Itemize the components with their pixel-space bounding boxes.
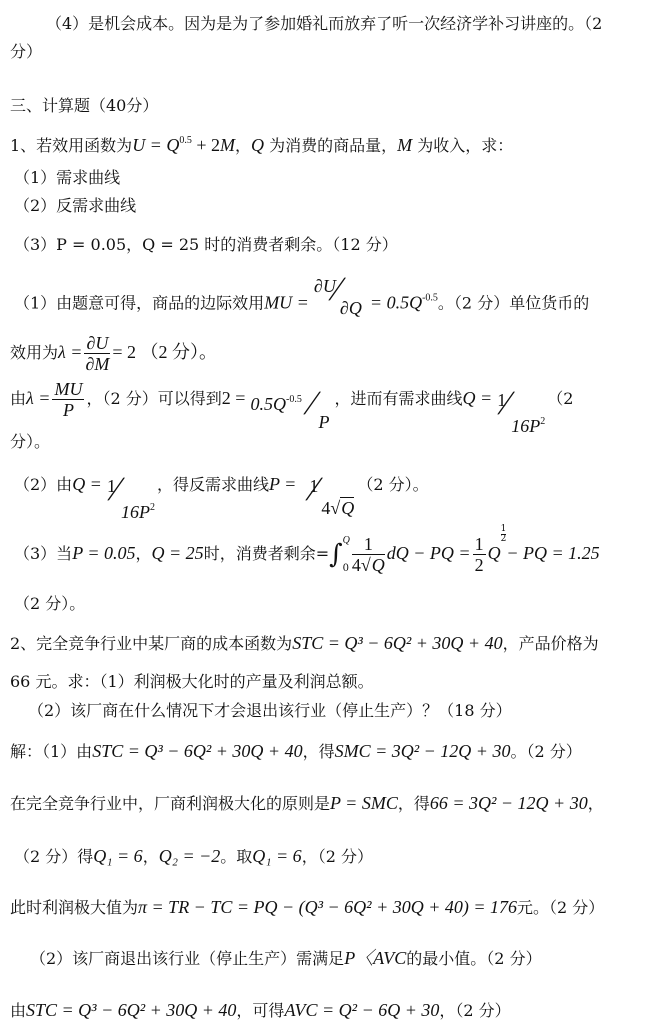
q2-solution-line-4: 此时利润极大值为π = TR − TC = PQ − (Q³ − 6Q² + 3… [10,897,604,918]
s1l3-snum-wrap: 0.5Q-0.5 [251,378,302,426]
q2s-l4-profit: π = TR − TC = PQ − (Q³ − 6Q² + 30Q + 40)… [138,897,517,917]
q1-prompt-prefix: 1、若效用函数为 [10,136,132,155]
s3-sep: ， [136,544,152,563]
q1-solution-3-points: （2 分）。 [14,594,85,614]
q2-prompt-line-1: 2、完全竞争行业中某厂商的成本函数为STC = Q³ − 6Q² + 30Q +… [10,633,599,654]
s1l2-den: ∂M [84,354,110,374]
s3-mid: 时，消费者剩余= [204,544,329,563]
q2s-l6-mid: ，可得 [236,1001,284,1020]
s1l3-num: MU [52,379,84,400]
s3-int-upper: Q [343,535,350,547]
s2-p: P = [269,474,296,494]
s1l3-q: Q = [463,388,493,408]
q2-solution-line-1: 解：（1）由STC = Q³ − 6Q² + 30Q + 40，得SMC = 3… [10,741,582,762]
q2-suffix: ，产品价格为 [503,634,599,653]
s1l3-prefix: 由 [10,389,26,408]
integral-sign: ∫ [329,540,343,570]
q1-utility-formula: U = Q0.5 + 2M [132,135,235,155]
s2-pden-4: 4 [321,498,330,518]
s3-q2: Q [488,543,501,563]
q2s-l4-prefix: 此时利润极大值为 [10,898,138,917]
q2-stc-formula: STC = Q³ − 6Q² + 30Q + 40 [292,633,502,653]
q2s-l6-stc: STC = Q³ − 6Q² + 30Q + 40 [26,1000,236,1020]
s2-pden-wrap: 4√Q [321,486,354,530]
s3-exp: 12 [501,525,507,544]
q2s-l3-prefix: （2 分）得 [14,847,93,866]
q1-comma: ， [235,136,251,155]
s1l2-num: ∂U [84,333,110,354]
q2s-l3-suffix: ，（2 分） [302,847,373,866]
s3-half-den: 2 [473,555,486,575]
section-title: 三、计算题（40分） [10,96,158,116]
q2-prompt-line-2: 66 元。求：（1）利润极大化时的产量及利润总额。 [10,672,374,692]
q2s-l3-sep: ， [143,847,159,866]
s3-int-bounds: Q0 [343,535,350,575]
q2-solution-line-3: （2 分）得Q₁ = 6，Q₂ = −2。取Q₁ = 6，（2 分） [14,846,373,867]
q2s-l2-suffix: ， [588,794,604,813]
q2s-l2-prefix: 在完全竞争行业中，厂商利润极大化的原则是 [10,794,330,813]
s3-p: P = 0.05 [72,543,135,563]
q1-solution-2: （2）由Q = 1 / 16P2 ，得反需求曲线P = 1 / 4√Q （2 分… [14,462,429,508]
q2s-l3-mid: 。取 [220,847,252,866]
q2s-l1-smc: SMC = 3Q² − 12Q + 30 [335,741,511,761]
s1l3-suffix: （2 [547,389,573,408]
s2-suffix: （2 分）。 [357,475,428,494]
s1l3-lambda: λ = [26,388,50,408]
q1-part-3: （3）P = 0.05，Q = 25 时的消费者剩余。（12 分） [14,235,398,255]
s3-den-q: Q [371,554,385,575]
s1l3-qden-wrap: 16P2 [511,400,545,448]
s1l3-sden: P [319,400,330,444]
q2-prefix: 2、完全竞争行业中某厂商的成本函数为 [10,634,292,653]
prev-answer-line-1: （4）是机会成本。因为是为了参加婚礼而放弃了听一次经济学补习讲座的。（2 [46,14,602,34]
s2-q-fraction: 1 / 16P2 [107,464,157,508]
s1l2-fraction: ∂U∂M [84,333,110,374]
s3-int-lower: 0 [343,563,350,575]
q2s-l6-avc: AVC = Q² − 6Q + 30 [284,1000,439,1020]
s2-q: Q = [72,474,102,494]
s1-frac-den: ∂Q [340,298,362,318]
q2s-l6-suffix: ，（2 分） [439,1001,510,1020]
q1-solution-1-line-4: 分）。 [10,432,50,452]
q2s-l2-mid: ，得 [398,794,430,813]
q2-solution-line-2: 在完全竞争行业中，厂商利润极大化的原则是P = SMC，得66 = 3Q² − … [10,793,604,814]
s1-exp: -0.5 [422,293,438,304]
q1-part-1: （1）需求曲线 [14,168,120,188]
s1-result: = 0.5Q [370,293,422,313]
q2-solution-line-5: （2）该厂商退出该行业（停止生产）需满足P〈AVC的最小值。（2 分） [30,948,542,969]
q2-solution-line-6: 由STC = Q³ − 6Q² + 30Q + 40，可得AVC = Q² − … [10,1000,511,1021]
s1l3-slash-fraction: 0.5Q-0.5 / P [251,378,335,422]
s3-half-num: 1 [473,534,486,555]
s1l3-den: P [52,400,84,420]
q1-solution-1-line-1: （1）由题意可得，商品的边际效用MU = ∂U / ∂Q = 0.5Q-0.5。… [14,282,589,326]
s1-slash-fraction: ∂U / ∂Q [314,276,370,320]
q2s-l1-suffix: 。（2 分） [510,742,581,761]
q2s-l2-rule: P = SMC [330,793,398,813]
q2s-l6-prefix: 由 [10,1001,26,1020]
q2s-l3-q2: Q₂ = −2 [159,846,221,866]
s2-p-fraction: 1 / 4√Q [301,464,357,508]
s1l2-suffix: = 2 （2 分）。 [112,342,217,362]
s1l3-fraction: MUP [52,379,84,420]
s2-prefix: （2）由 [14,475,72,494]
s1l3-mid: ，（2 分）可以得到 [86,389,221,408]
q1-prompt-mid: 为消费的商品量， [264,136,397,155]
q1-var-m: M [397,135,412,155]
s1-prefix: （1）由题意可得，商品的边际效用 [14,294,264,313]
s1l3-two: 2 = [222,388,246,408]
q2s-l3-q1b: Q₁ = 6 [252,846,301,866]
q1-solution-1-line-2: 效用为λ =∂U∂M= 2 （2 分）。 [10,330,217,375]
s3-half: 12 [473,534,486,575]
s3-q: Q = 25 [152,543,204,563]
s2-mid: ，得反需求曲线 [157,475,269,494]
s1-suffix: 。（2 分）单位货币的 [438,294,589,313]
q2s-l5-prefix: （2）该厂商退出该行业（停止生产）需满足 [30,949,344,968]
q2s-l3-q1: Q₁ = 6 [93,846,142,866]
prev-answer-line-2: 分） [10,42,42,62]
s2-qden: 16P [121,502,150,522]
s1-mu: MU = [264,293,309,313]
q1-prompt: 1、若效用函数为U = Q0.5 + 2M，Q 为消费的商品量，M 为收入，求： [10,131,513,156]
s3-fraction: 14√Q [352,534,385,575]
q2s-l1-mid: ，得 [303,742,335,761]
s1l2-prefix: 效用为 [10,343,58,362]
s3-num: 1 [352,534,385,555]
s3-prefix: （3）当 [14,544,72,563]
q2s-l5-suffix: 的最小值。（2 分） [406,949,541,968]
s1l3-qden: 16P [511,416,540,436]
q2-prompt-line-3: （2）该厂商在什么情况下才会退出该行业（停止生产）？（18 分） [28,701,512,721]
q1-part-2: （2）反需求曲线 [14,196,136,216]
q2s-l4-suffix: 元。（2 分） [517,898,604,917]
q2s-l1-stc: STC = Q³ − 6Q² + 30Q + 40 [92,741,302,761]
s3-den-4: 4 [352,555,361,575]
q1-prompt-suffix: 为收入，求： [412,136,513,155]
s3-dq: dQ − PQ = [387,543,471,563]
s1l3-snum: 0.5Q [251,394,287,414]
q2s-l5-condition: P〈AVC [344,948,406,968]
q2s-l1-prefix: 解：（1）由 [10,742,92,761]
s1l3-sexp: -0.5 [286,394,302,405]
q1-solution-3: （3）当P = 0.05，Q = 25时，消费者剩余=∫Q014√QdQ − P… [14,525,600,580]
s1l2-lambda: λ = [58,342,82,362]
s1l3-q-slash-fraction: 1 / 16P2 [497,378,547,422]
s2-pden-q: Q [340,497,354,518]
q2s-l2-eq: 66 = 3Q² − 12Q + 30 [430,793,588,813]
s3-result: − PQ = 1.25 [506,543,599,563]
s1l3-mid2: ，进而有需求曲线 [335,389,463,408]
q1-solution-1-line-3: 由λ =MUP，（2 分）可以得到2 = 0.5Q-0.5 / P ，进而有需求… [10,376,573,422]
q1-var-q: Q [251,135,264,155]
